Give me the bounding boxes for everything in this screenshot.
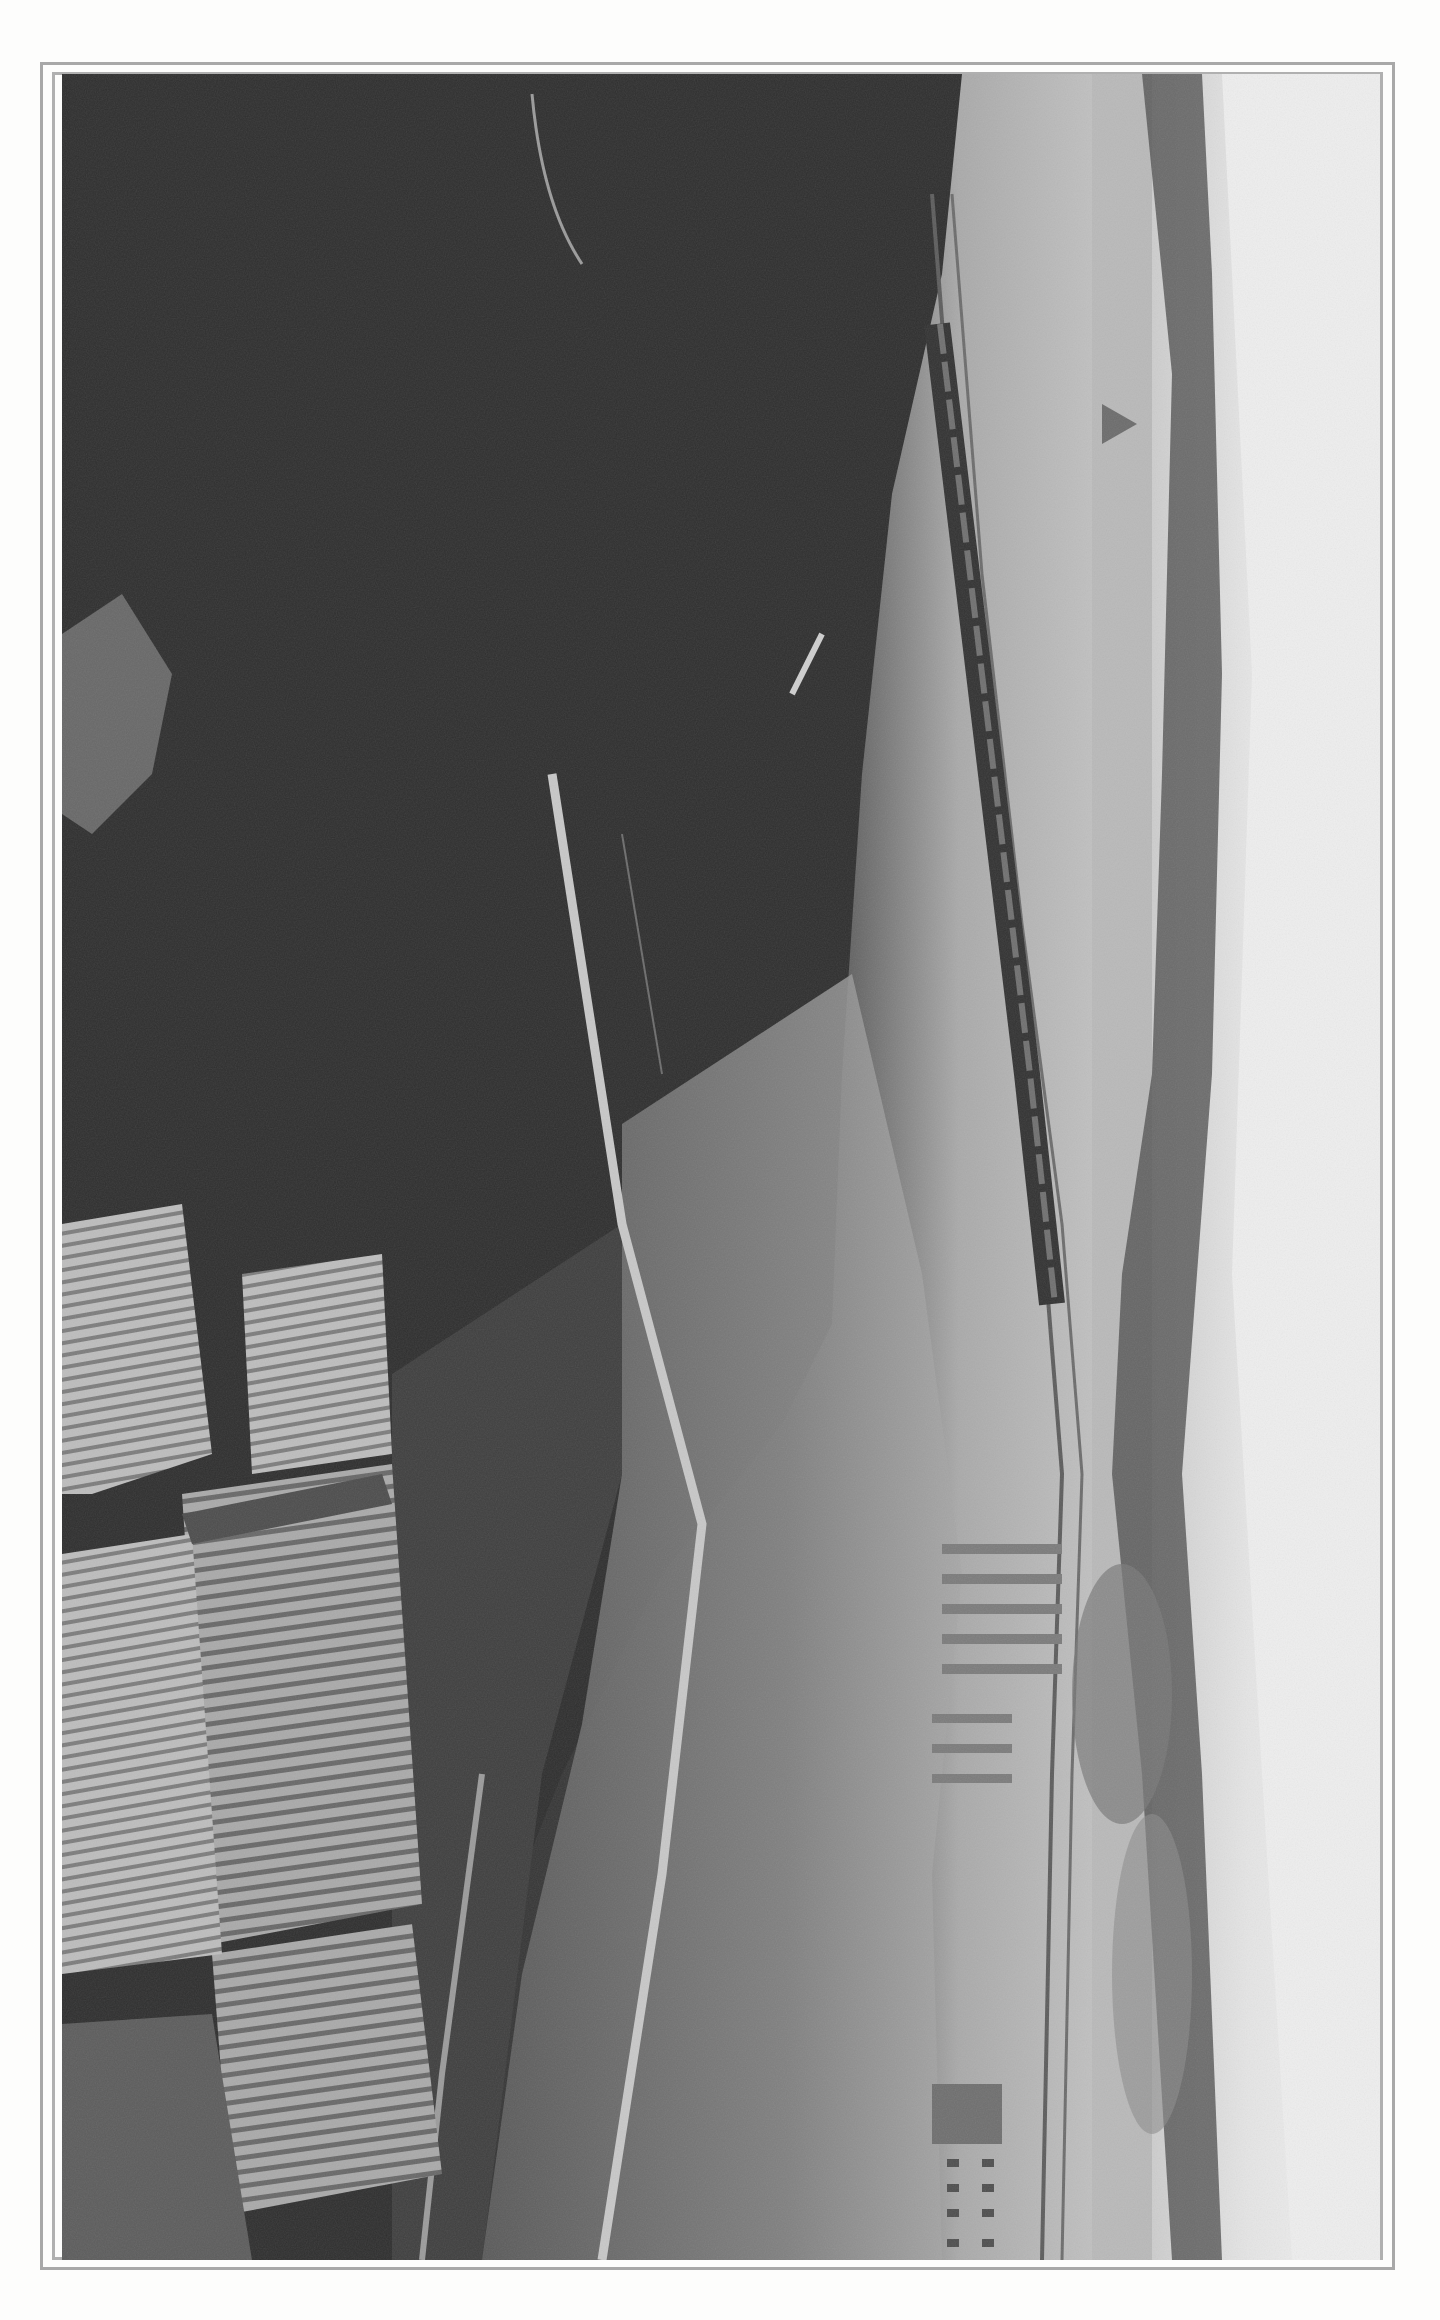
aerial-photograph xyxy=(62,74,1380,2260)
